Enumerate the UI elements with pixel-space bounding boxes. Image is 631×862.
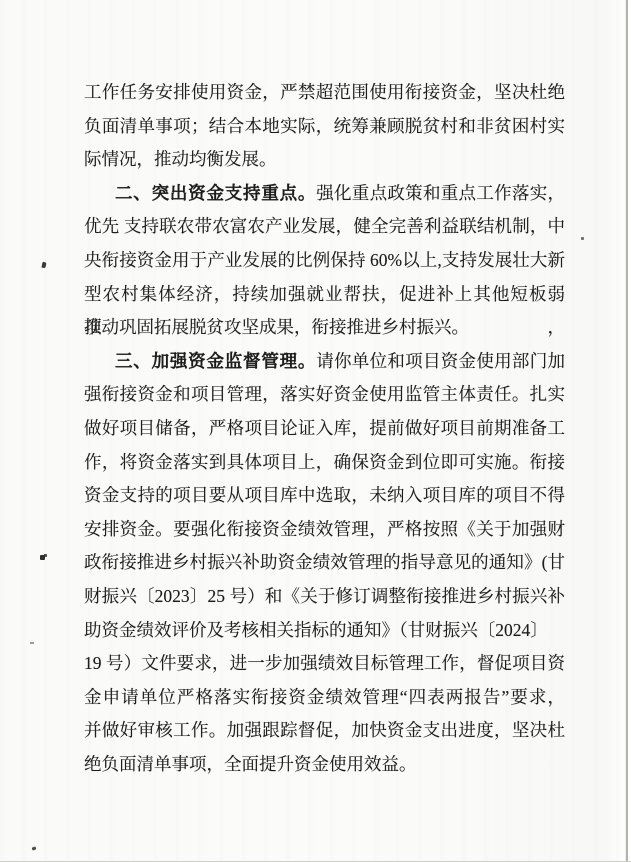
text-line: 财振兴〔2023〕25 号）和《关于修订调整衔接推进乡村振兴补 (84, 580, 565, 614)
text-line: 优先 支持联农带农富农产业发展，健全完善利益联结机制，中 (84, 210, 565, 244)
text-line: 绝负面清单事项，全面提升资金使用效益。 (84, 748, 565, 782)
document-text-block: 工作任务安排使用资金，严禁超范围使用衔接资金，坚决杜绝 负面清单事项；结合本地实… (84, 76, 565, 781)
page-right-edge-line (626, 0, 628, 862)
text-line: 并做好审核工作。加强跟踪督促，加快资金支出进度，坚决杜 (84, 714, 565, 748)
text-line: 做好项目储备，严格项目论证入库，提前做好项目前期准备工 (84, 412, 565, 446)
section-three-heading: 三、加强资金监督管理。 (115, 351, 316, 371)
scan-speck (41, 262, 46, 269)
text-line: 安排资金。要强化衔接资金绩效管理，严格按照《关于加强财 (84, 513, 565, 547)
section-three-lead-text: 请你单位和项目资金使用部门加 (316, 351, 565, 371)
text-line: 工作任务安排使用资金，严禁超范围使用衔接资金，坚决杜绝 (84, 76, 565, 110)
text-line: 资金支持的项目要从项目库中选取，未纳入项目库的项目不得 (84, 479, 565, 513)
text-line: 强衔接资金和项目管理，落实好资金使用监管主体责任。扎实 (84, 378, 565, 412)
text-line-section-two: 二、突出资金支持重点。强化重点政策和重点工作落实， (84, 177, 565, 211)
section-two-lead-text: 强化重点政策和重点工作落实， (316, 183, 565, 203)
document-page: 工作任务安排使用资金，严禁超范围使用衔接资金，坚决杜绝 负面清单事项；结合本地实… (0, 0, 631, 862)
text-line: 助资金绩效评价及考核相关指标的通知》（甘财振兴〔2024〕 (84, 614, 565, 648)
text-line: 金申请单位严格落实衔接资金绩效管理“四表两报告”要求， (84, 681, 565, 715)
text-line: 作，将资金落实到具体项目上，确保资金到位即可实施。衔接 (84, 446, 565, 480)
scan-speck (30, 642, 34, 644)
scan-speck (32, 846, 37, 850)
section-two-heading: 二、突出资金支持重点。 (115, 183, 316, 203)
text-line: 负面清单事项；结合本地实际，统筹兼顾脱贫村和非贫困村实 (84, 110, 565, 144)
text-line: 政衔接推进乡村振兴补助资金绩效管理的指导意见的通知》(甘 (84, 546, 565, 580)
text-line: 际情况，推动均衡发展。 (84, 143, 565, 177)
text-line: 型农村集体经济，持续加强就业帮扶，促进补上其他短板弱项， (84, 278, 565, 312)
text-line-section-three: 三、加强资金监督管理。请你单位和项目资金使用部门加 (84, 345, 565, 379)
scan-speck (40, 555, 45, 560)
scan-speck (581, 237, 584, 240)
text-line: 央衔接资金用于产业发展的比例保持 60%以上,支持发展壮大新 (84, 244, 565, 278)
text-line: 19 号）文件要求，进一步加强绩效目标管理工作，督促项目资 (84, 647, 565, 681)
